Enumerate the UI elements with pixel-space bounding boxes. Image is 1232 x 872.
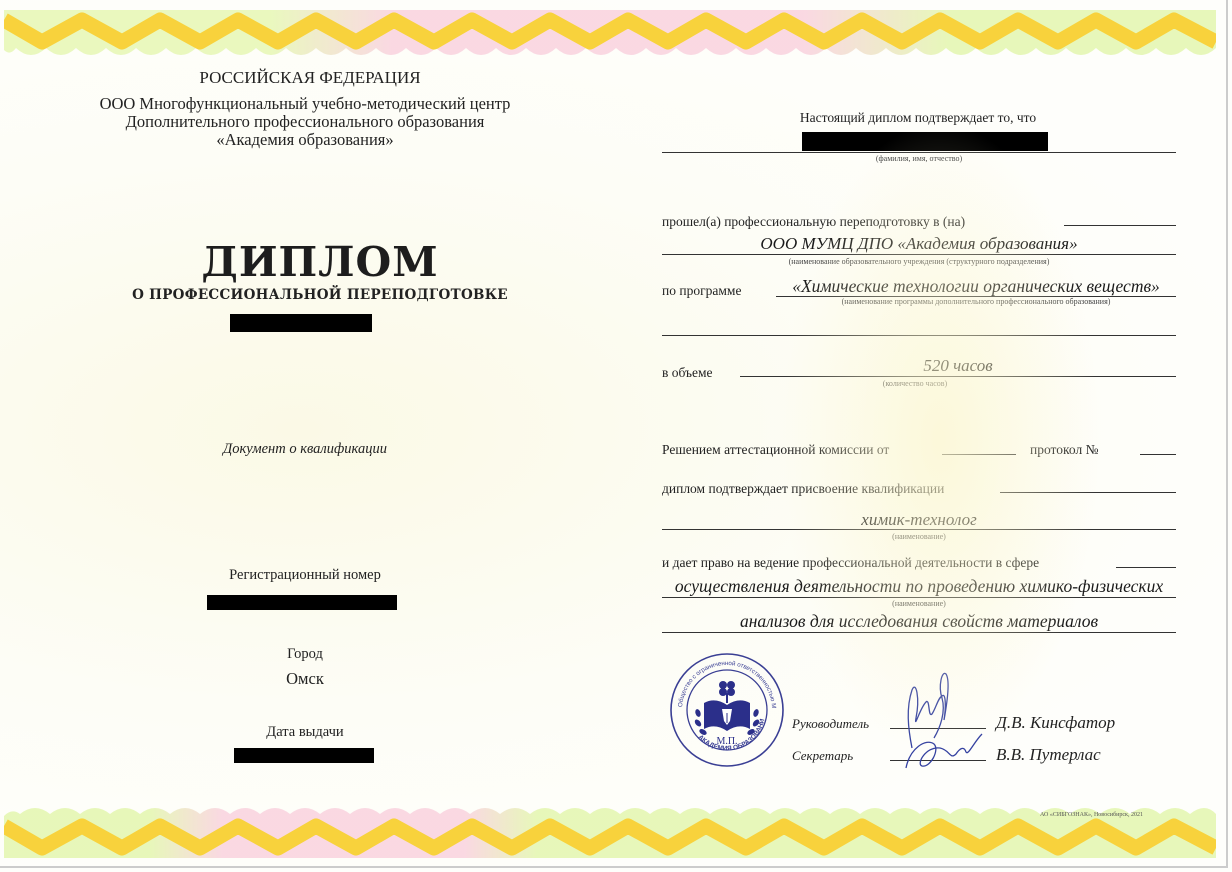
organization-line: «Академия образования» xyxy=(70,131,540,149)
intro-text: Настоящий диплом подтверждает то, что xyxy=(662,110,1174,126)
svg-text:Общество с ограниченной ответс: Общество с ограниченной ответственностью… xyxy=(668,651,777,709)
sphere-caption: (наименование) xyxy=(662,599,1176,608)
diploma-page: РОССИЙСКАЯ ФЕДЕРАЦИЯ ООО Многофункционал… xyxy=(0,0,1228,868)
sphere-line-2 xyxy=(662,632,1176,633)
decorative-border-top xyxy=(4,6,1216,64)
sphere-label: и дает право на ведение профессиональной… xyxy=(662,555,1039,571)
protocol-label: протокол № xyxy=(1030,442,1098,458)
decision-date-line xyxy=(942,454,1016,455)
program-label: по программе xyxy=(662,283,741,299)
handwritten-signatures xyxy=(890,668,990,778)
qualification-caption: (наименование) xyxy=(662,532,1176,541)
decision-label: Решением аттестационной комиссии от xyxy=(662,442,889,458)
volume-line xyxy=(740,376,1176,377)
official-seal: Общество с ограниченной ответственностью… xyxy=(668,651,786,769)
program-caption: (наименование программы дополнительного … xyxy=(776,297,1176,306)
institution-caption: (наименование образовательного учреждени… xyxy=(662,257,1176,266)
volume-label: в объеме xyxy=(662,365,713,381)
registration-number-label: Регистрационный номер xyxy=(150,567,460,584)
head-role-label: Руководитель xyxy=(792,716,869,732)
program-value: «Химические технологии органических веще… xyxy=(776,276,1176,297)
sphere-value-line1: осуществления деятельности по проведению… xyxy=(658,576,1180,597)
organization-line: ООО Многофункциональный учебно-методичес… xyxy=(70,95,540,113)
volume-caption: (количество часов) xyxy=(740,379,1090,388)
decorative-border-bottom xyxy=(4,800,1216,858)
volume-value: 520 часов xyxy=(740,356,1176,376)
name-caption: (фамилия, имя, отчество) xyxy=(662,154,1176,163)
completed-line xyxy=(1064,225,1176,226)
institution-line xyxy=(662,254,1176,255)
redacted-diploma-number xyxy=(230,314,372,332)
seal-mark: М.П. xyxy=(716,736,737,747)
printer-note: АО «СИБГОЗНАК», Новосибирск, 2021 xyxy=(1040,812,1143,818)
sphere-label-line xyxy=(1116,567,1176,568)
document-type-label: Документ о квалификации xyxy=(150,441,460,458)
name-line xyxy=(662,152,1176,153)
qualification-line xyxy=(662,529,1176,530)
completed-label: прошел(а) профессиональную переподготовк… xyxy=(662,214,965,230)
city-value: Омск xyxy=(200,669,410,689)
secretary-role-label: Секретарь xyxy=(792,748,853,764)
issue-date-label: Дата выдачи xyxy=(200,724,410,741)
redacted-full-name xyxy=(802,132,1048,151)
qualification-label-line xyxy=(1000,492,1176,493)
secretary-name: В.В. Путерлас xyxy=(996,745,1101,765)
diploma-title: ДИПЛОМ xyxy=(120,238,520,286)
head-name: Д.В. Кинсфатор xyxy=(996,713,1115,733)
sphere-line-1 xyxy=(662,597,1176,598)
country-heading: РОССИЙСКАЯ ФЕДЕРАЦИЯ xyxy=(100,68,520,88)
organization-line: Дополнительного профессионального образо… xyxy=(70,113,540,131)
program-extra-line xyxy=(662,335,1176,336)
sphere-value-line2: анализов для исследования свойств матери… xyxy=(662,611,1176,632)
redacted-registration-number xyxy=(207,595,397,610)
qualification-label: диплом подтверждает присвоение квалифика… xyxy=(662,481,944,497)
seal-text-top: Общество с ограниченной ответственностью… xyxy=(668,651,777,709)
qualification-value: химик-технолог xyxy=(662,510,1176,530)
organization-name: ООО Многофункциональный учебно-методичес… xyxy=(70,95,540,149)
redacted-issue-date xyxy=(234,748,374,763)
city-label: Город xyxy=(200,646,410,663)
protocol-number-line xyxy=(1140,454,1176,455)
institution-value: ООО МУМЦ ДПО «Академия образования» xyxy=(662,234,1176,254)
diploma-subtitle: О ПРОФЕССИОНАЛЬНОЙ ПЕРЕПОДГОТОВКЕ xyxy=(100,287,540,303)
